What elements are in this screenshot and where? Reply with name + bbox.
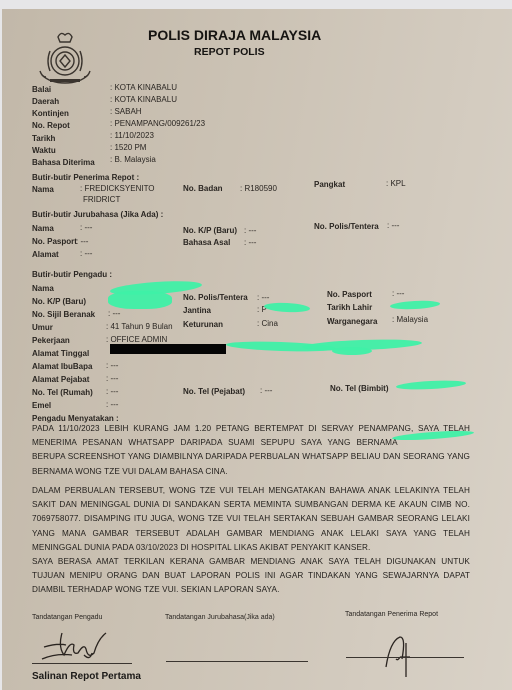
field-value-bahasa: : B. Malaysia: [110, 155, 156, 164]
field-value-waktu: : 1520 PM: [110, 143, 146, 152]
signature-line-interpreter: [166, 661, 308, 662]
section-receiver-title: Butir-butir Penerima Repot :: [32, 173, 139, 182]
receiver-badge-label: No. Badan: [183, 184, 223, 193]
redaction-gender: [264, 302, 310, 313]
field-value-daerah: : KOTA KINABALU: [110, 95, 177, 104]
signature-complainant-label: Tandatangan Pengadu: [32, 614, 102, 621]
police-report-document: POLIS DIRAJA MALAYSIA REPOT POLIS Balai …: [2, 9, 512, 690]
field-value-kontinjen: : SABAH: [110, 107, 142, 116]
field-label-daerah: Daerah: [32, 97, 59, 106]
complainant-race-label: Keturunan: [183, 320, 223, 329]
interpreter-ic-label: No. K/P (Baru): [183, 226, 237, 235]
complainant-passport-label: No. Pasport: [327, 290, 372, 299]
statement-paragraph-2: DALAM PERBUALAN TERSEBUT, WONG TZE VUI T…: [32, 484, 470, 555]
complainant-passport-value: : ---: [392, 289, 404, 298]
complainant-birth-cert-label: No. Sijil Beranak: [32, 310, 95, 319]
complainant-office-addr-value: : ---: [106, 374, 118, 383]
complainant-ic-label: No. K/P (Baru): [32, 297, 86, 306]
receiver-rank-value: : KPL: [386, 179, 406, 188]
field-label-bahasa: Bahasa Diterima: [32, 158, 95, 167]
complainant-office-addr-label: Alamat Pejabat: [32, 375, 89, 384]
interpreter-lang-value: : ---: [244, 238, 256, 247]
redaction-dob: [390, 300, 440, 311]
complainant-citizenship-label: Warganegara: [327, 317, 377, 326]
complainant-gender-label: Jantina: [183, 306, 211, 315]
pdrm-crest-icon: [36, 29, 94, 89]
field-label-balai: Balai: [32, 85, 51, 94]
section-complainant-title: Butir-butir Pengadu :: [32, 270, 112, 279]
complainant-job-value: : OFFICE ADMIN: [106, 335, 167, 344]
complainant-job-label: Pekerjaan: [32, 336, 70, 345]
complainant-office-tel-value: : ---: [260, 386, 272, 395]
complainant-email-value: : ---: [106, 400, 118, 409]
redaction-ic: [108, 291, 172, 309]
complainant-birth-cert-value: : ---: [108, 309, 120, 318]
complainant-parent-addr-label: Alamat IbuBapa: [32, 362, 92, 371]
complainant-signature-icon: [40, 629, 108, 665]
field-label-waktu: Waktu: [32, 146, 56, 155]
interpreter-ic-value: : ---: [244, 226, 256, 235]
signature-line-complainant: [32, 663, 132, 664]
document-type-title: REPOT POLIS: [194, 46, 265, 58]
interpreter-address-value: : ---: [80, 249, 92, 258]
signature-line-receiver: [346, 657, 464, 658]
organization-title: POLIS DIRAJA MALAYSIA: [148, 27, 321, 43]
complainant-age-label: Umur: [32, 323, 53, 332]
redaction-address-3: [332, 347, 372, 355]
complainant-police-label: No. Polis/Tentera: [183, 293, 248, 302]
field-value-no-repot: : PENAMPANG/009261/23: [110, 119, 205, 128]
complainant-email-label: Emel: [32, 401, 51, 410]
complainant-name-label: Nama: [32, 284, 54, 293]
complainant-parent-addr-value: : ---: [106, 361, 118, 370]
interpreter-name-label: Nama: [32, 224, 54, 233]
complainant-mobile-label: No. Tel (Bimbit): [330, 384, 389, 393]
complainant-office-tel-label: No. Tel (Pejabat): [183, 387, 245, 396]
complainant-home-addr-label: Alamat Tinggal: [32, 349, 89, 358]
section-interpreter-title: Butir-butir Jurubahasa (Jika Ada) :: [32, 210, 163, 219]
complainant-home-tel-label: No. Tel (Rumah): [32, 388, 93, 397]
interpreter-police-label: No. Polis/Tentera: [314, 222, 379, 231]
interpreter-lang-label: Bahasa Asal: [183, 238, 230, 247]
field-value-balai: : KOTA KINABALU: [110, 83, 177, 92]
complainant-race-value: : Cina: [257, 319, 278, 328]
interpreter-passport-value: : ---: [76, 237, 88, 246]
redaction-mobile: [396, 379, 466, 391]
receiver-name-value: : FREDICKSYENITO: [80, 184, 155, 193]
footer-copy-label: Salinan Repot Pertama: [32, 671, 141, 682]
complainant-dob-label: Tarikh Lahir: [327, 303, 372, 312]
complainant-police-value: : ---: [257, 293, 269, 302]
statement-paragraph-1: PADA 11/10/2023 LEBIH KURANG JAM 1.20 PE…: [32, 422, 470, 479]
statement-paragraph-3: SAYA BERASA AMAT TERKILAN KERANA GAMBAR …: [32, 555, 470, 598]
signature-receiver-label: Tandatangan Penerima Repot: [345, 611, 438, 618]
field-label-tarikh: Tarikh: [32, 134, 55, 143]
receiver-name-label: Nama: [32, 185, 54, 194]
field-value-tarikh: : 11/10/2023: [110, 131, 154, 140]
complainant-citizenship-value: : Malaysia: [392, 315, 428, 324]
receiver-name-value-line2: FRIDRICT: [83, 195, 120, 204]
receiver-rank-label: Pangkat: [314, 180, 345, 189]
interpreter-police-value: : ---: [387, 221, 399, 230]
signature-interpreter-label: Tandatangan Jurubahasa(Jika ada): [165, 614, 275, 621]
field-label-kontinjen: Kontinjen: [32, 109, 69, 118]
receiver-badge-value: : R180590: [240, 184, 277, 193]
field-label-no-repot: No. Repot: [32, 121, 70, 130]
receiver-signature-icon: [380, 631, 420, 677]
interpreter-name-value: : ---: [80, 223, 92, 232]
interpreter-passport-label: No. Pasport: [32, 237, 77, 246]
complainant-home-tel-value: : ---: [106, 387, 118, 396]
redaction-address-black: [110, 344, 226, 354]
complainant-age-value: : 41 Tahun 9 Bulan: [106, 322, 173, 331]
interpreter-address-label: Alamat: [32, 250, 59, 259]
